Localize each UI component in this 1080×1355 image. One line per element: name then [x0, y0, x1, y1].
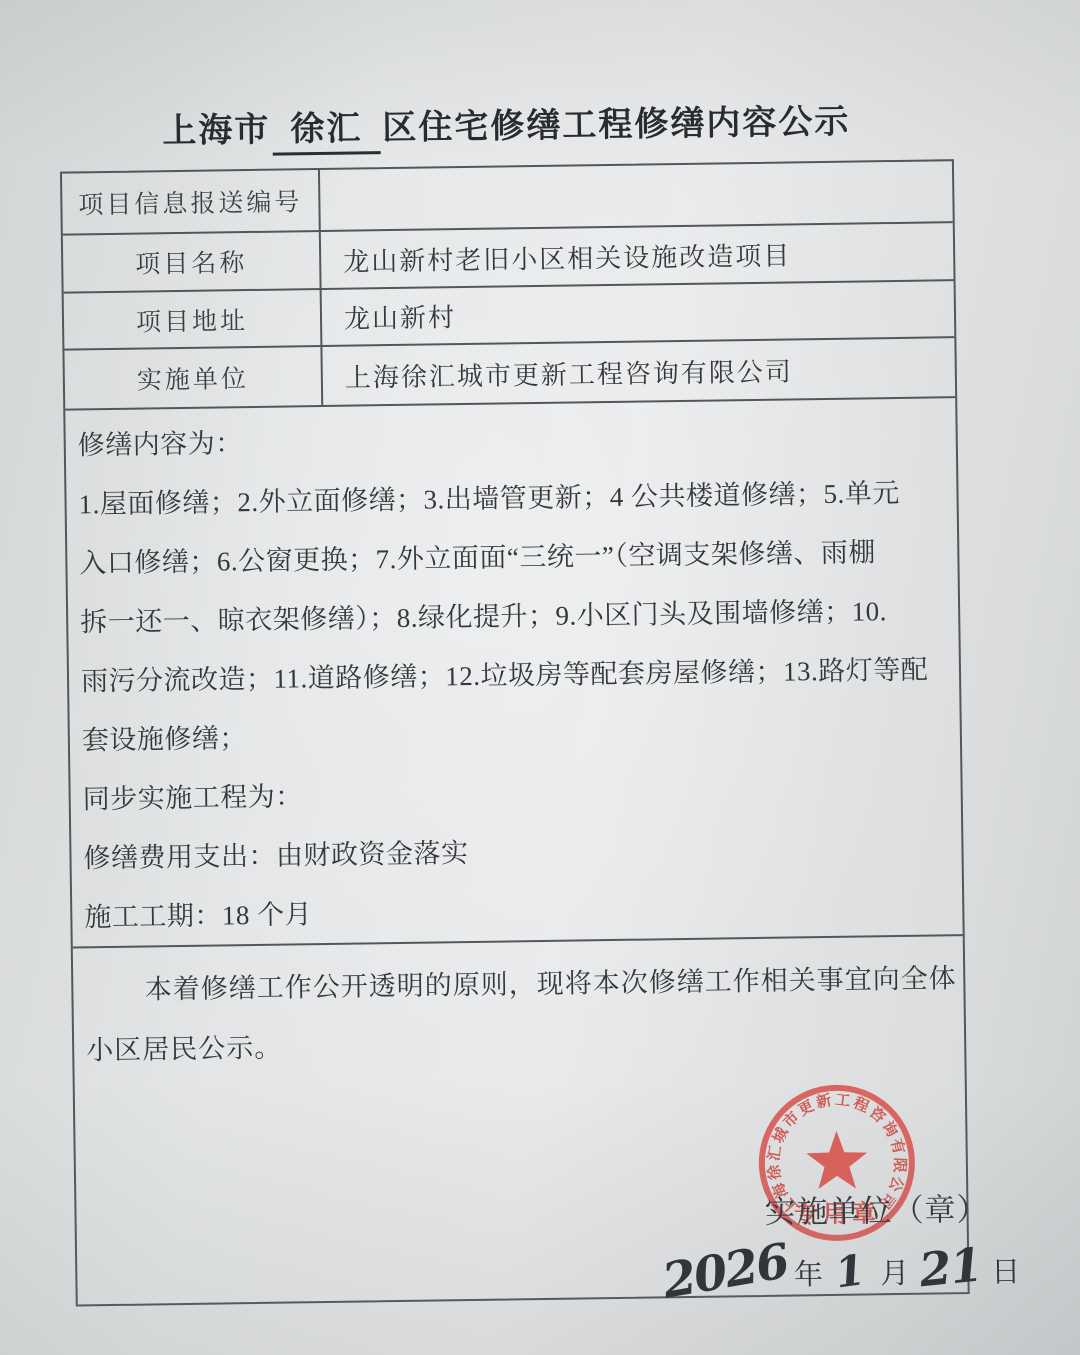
date-day-unit: 日	[991, 1258, 1020, 1287]
row-label-project-address: 项目地址	[64, 290, 323, 349]
row-label-report-number: 项目信息报送编号	[62, 170, 321, 234]
row-value-project-name: 龙山新村老旧小区相关设施改造项目	[321, 223, 954, 288]
row-value-report-number	[320, 161, 953, 230]
handwritten-date: 2026 年 1 月 21 日	[662, 1226, 983, 1300]
renovation-content-cell: 修缮内容为： 1.屋面修缮；2.外立面修缮；3.出墙管更新；4 公共楼道修缮；5…	[65, 398, 962, 948]
row-label-project-name: 项目名称	[63, 232, 322, 292]
date-month: 1	[832, 1245, 868, 1298]
notice-line: 本着修缮工作公开透明的原则，现将本次修缮工作相关事宜向全体	[85, 948, 954, 1020]
implementing-unit-seal-label: 实施单位（章）	[764, 1184, 1005, 1232]
content-line: 雨污分流改造；11.道路修缮；12.垃圾房等配套房屋修缮；13.路灯等配	[81, 640, 950, 711]
title-district-underlined: 徐汇	[272, 100, 381, 156]
date-year: 2026	[659, 1233, 792, 1310]
photographed-document: 上海市徐汇区住宅修缮工程修缮内容公示 项目信息报送编号 项目名称 龙山新村老旧小…	[0, 0, 1080, 1355]
date-day: 21	[917, 1237, 984, 1297]
page-title: 上海市徐汇区住宅修缮工程修缮内容公示	[59, 92, 954, 158]
date-month-unit: 月	[880, 1260, 909, 1289]
paper-sheet: 上海市徐汇区住宅修缮工程修缮内容公示 项目信息报送编号 项目名称 龙山新村老旧小…	[0, 0, 1080, 1355]
content-line: 施工工期：18 个月	[84, 876, 953, 947]
date-year-unit: 年	[794, 1261, 823, 1290]
title-suffix: 区住宅修缮工程修缮内容公示	[382, 103, 850, 148]
row-value-project-address: 龙山新村	[322, 281, 955, 345]
row-label-implementing-unit: 实施单位	[64, 347, 323, 409]
seal-star-icon	[806, 1130, 868, 1189]
title-prefix: 上海市	[162, 111, 271, 151]
row-value-implementing-unit: 上海徐汇城市更新工程咨询有限公司	[322, 338, 955, 405]
notice-line: 小区居民公示。	[86, 1008, 955, 1080]
